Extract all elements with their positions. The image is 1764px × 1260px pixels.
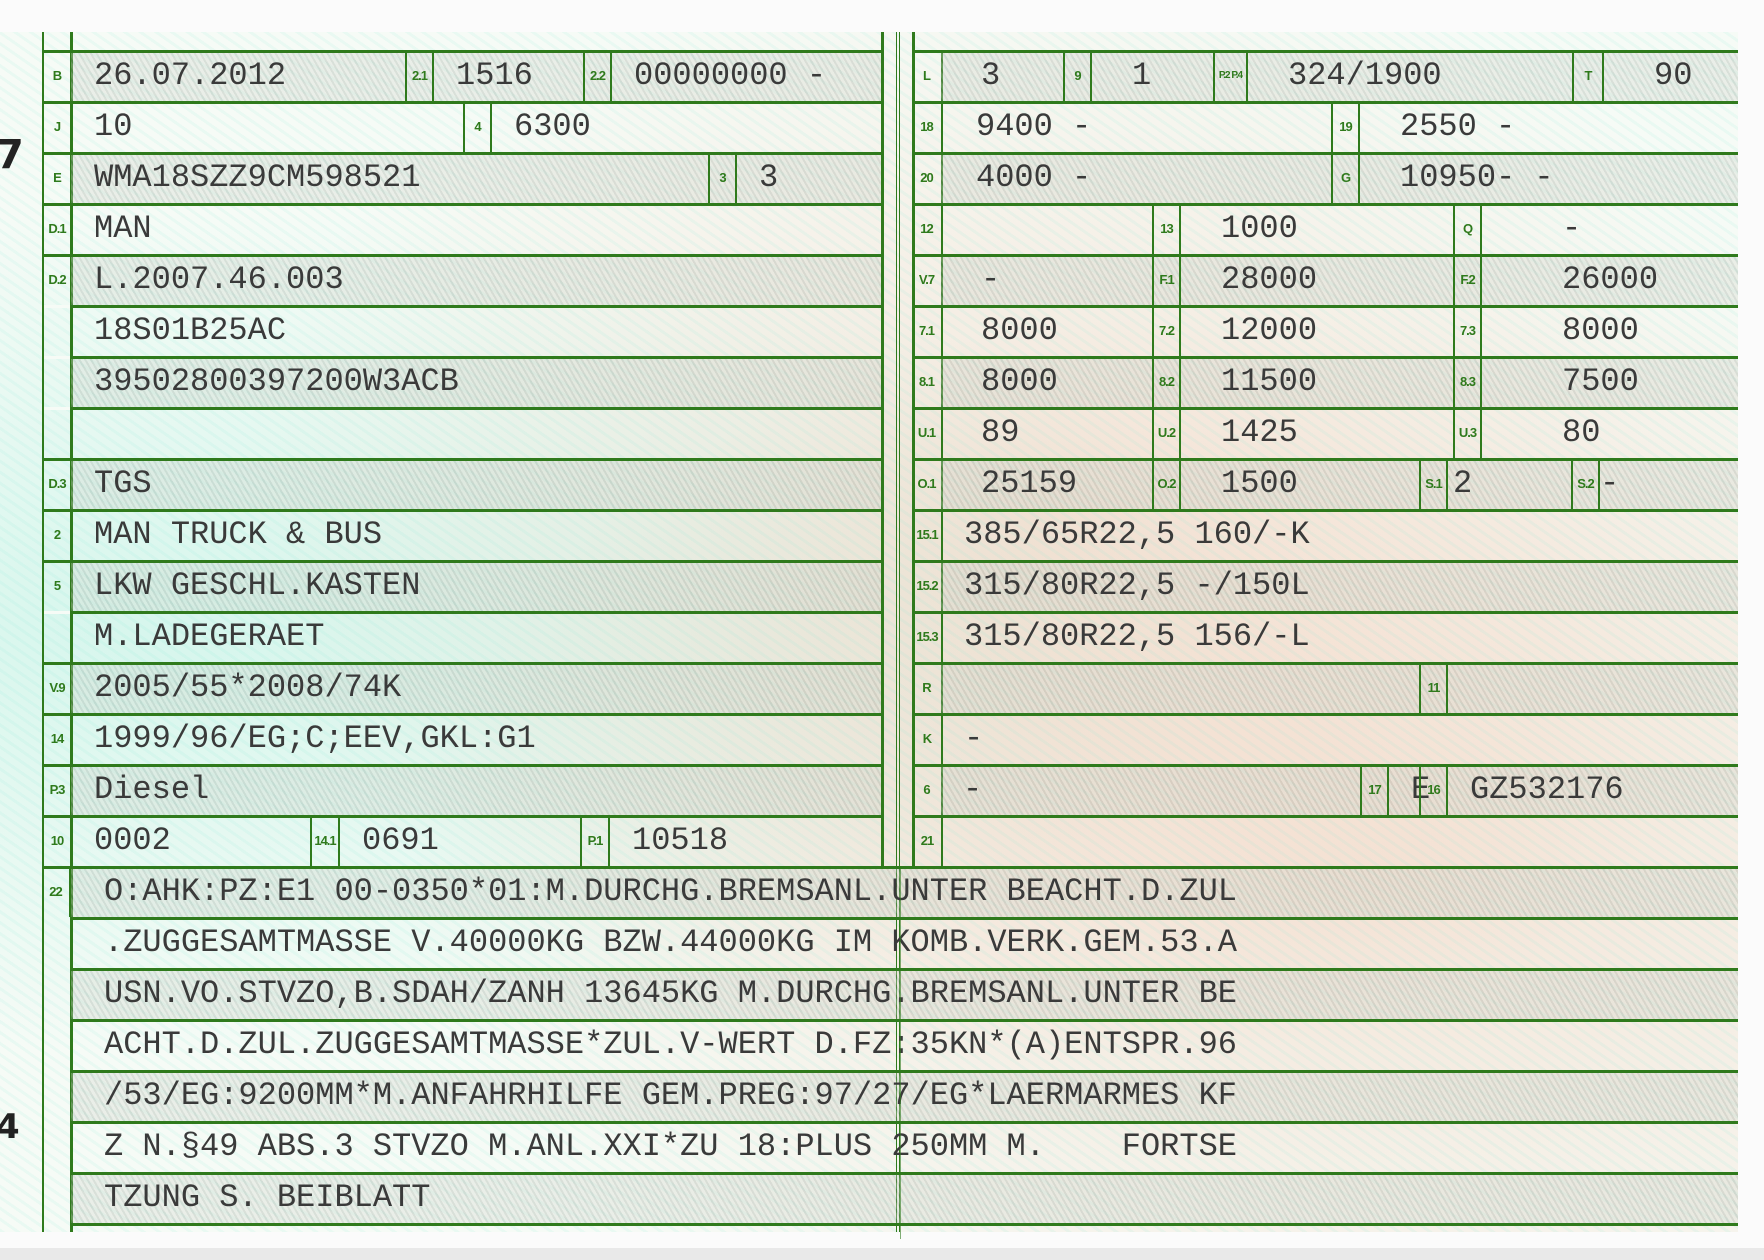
field-code-g: G <box>1331 152 1360 203</box>
field-code-p-2-p-4: P.2 P.4 <box>1213 50 1248 101</box>
field-value-15-3: 315/80R22,5 156/-L <box>964 611 1738 662</box>
field-value-cont: 39502800397200W3ACB <box>94 356 881 407</box>
field-code-f-2: F.2 <box>1453 254 1482 305</box>
field-code-5: 5 <box>42 560 72 611</box>
field-code-18: 18 <box>912 101 941 152</box>
field-code-d-2: D.2 <box>42 254 72 305</box>
field-code-u-2: U.2 <box>1152 407 1181 458</box>
field-code-7-2: 7.2 <box>1152 305 1181 356</box>
field-value-d-3: TGS <box>94 458 881 509</box>
field-value-8-2: 11500 <box>1221 356 1453 407</box>
field-code-p-3: P.3 <box>42 764 72 815</box>
field-value-12 <box>981 203 1152 254</box>
field-value-3: 3 <box>759 152 880 203</box>
field-code-12: 12 <box>912 203 941 254</box>
field-code-17: 17 <box>1360 764 1389 815</box>
remarks-line: USN.VO.STVZO,B.SDAH/ZANH 13645KG M.DURCH… <box>104 968 1237 1019</box>
field-value-f-1: 28000 <box>1221 254 1453 305</box>
row-line <box>70 1223 1738 1226</box>
field-value-q: - <box>1562 203 1738 254</box>
field-value-2: MAN TRUCK & BUS <box>94 509 881 560</box>
field-value-16: GZ532176 <box>1470 764 1738 815</box>
remarks-line: TZUNG S. BEIBLATT <box>104 1172 430 1223</box>
field-value-9: 1 <box>1132 50 1213 101</box>
field-value-o-1: 25159 <box>981 458 1152 509</box>
field-code-4: 4 <box>463 101 492 152</box>
field-code-j: J <box>42 101 72 152</box>
field-value-5: LKW GESCHL.KASTEN <box>94 560 881 611</box>
merge-mask <box>44 356 70 359</box>
field-value-s-1: 2 <box>1453 458 1571 509</box>
fold-line <box>900 866 901 1239</box>
field-value-p-3: Diesel <box>94 764 881 815</box>
field-code-3: 3 <box>708 152 737 203</box>
merge-mask <box>44 611 70 614</box>
field-value-7-2: 12000 <box>1221 305 1453 356</box>
field-code-8-3: 8.3 <box>1453 356 1482 407</box>
field-code-9: 9 <box>1063 50 1092 101</box>
field-value-10: 0002 <box>94 815 310 866</box>
field-value-b: 26.07.2012 <box>94 50 405 101</box>
field-code-21: 21 <box>912 815 942 866</box>
field-value-e: WMA18SZZ9CM598521 <box>94 152 708 203</box>
field-value-o-2: 1500 <box>1221 458 1419 509</box>
field-value-g: 10950- - <box>1400 152 1738 203</box>
field-value-2-1: 1516 <box>456 50 583 101</box>
field-value-d-2: L.2007.46.003 <box>94 254 881 305</box>
merge-mask <box>44 305 70 308</box>
field-code-d-1: D.1 <box>42 203 72 254</box>
edge-mark-top: 7 <box>0 132 24 178</box>
field-code-k: K <box>912 713 942 764</box>
field-value-8-3: 7500 <box>1562 356 1738 407</box>
field-code-v-9: V.9 <box>42 662 72 713</box>
remarks-line: /53/EG:9200MM*M.ANFAHRHILFE GEM.PREG:97/… <box>104 1070 1237 1121</box>
field-value-14-1: 0691 <box>362 815 580 866</box>
field-code-14: 14 <box>42 713 72 764</box>
field-value-13: 1000 <box>1221 203 1453 254</box>
field-code-2-1: 2.1 <box>405 50 434 101</box>
field-value-8-1: 8000 <box>981 356 1152 407</box>
field-value-4: 6300 <box>514 101 880 152</box>
field-code-7-3: 7.3 <box>1453 305 1482 356</box>
field-code-10: 10 <box>42 815 72 866</box>
field-value-6: - <box>963 764 1360 815</box>
field-code-blank <box>42 305 72 356</box>
field-code-q: Q <box>1453 203 1482 254</box>
remarks-line: Z N.§49 ABS.3 STVZO M.ANL.XXI*ZU 18:PLUS… <box>104 1121 1237 1172</box>
field-value-7-1: 8000 <box>981 305 1152 356</box>
field-code-8-1: 8.1 <box>912 356 941 407</box>
field-code-15-1: 15.1 <box>912 509 942 560</box>
field-code-s-1: S.1 <box>1419 458 1448 509</box>
field-code-p-1: P.1 <box>580 815 610 866</box>
remarks-line: ACHT.D.ZUL.ZUGGESAMTMASSE*ZUL.V-WERT D.F… <box>104 1019 1237 1070</box>
field-value-v-7: - <box>981 254 1152 305</box>
field-code-s-2: S.2 <box>1571 458 1600 509</box>
field-value-7-3: 8000 <box>1562 305 1738 356</box>
field-value-k: - <box>964 713 1738 764</box>
field-code-blank <box>42 407 72 458</box>
field-value-15-1: 385/65R22,5 160/-K <box>964 509 1738 560</box>
remarks-line: O:AHK:PZ:E1 00-0350*01:M.DURCHG.BREMSANL… <box>104 866 1237 917</box>
field-value-cont <box>94 407 881 458</box>
field-value-2-2: 00000000 - <box>634 50 880 101</box>
field-code-15-2: 15.2 <box>912 560 942 611</box>
field-code-d-3: D.3 <box>42 458 72 509</box>
field-value-r <box>963 662 1419 713</box>
field-value-u-1: 89 <box>981 407 1152 458</box>
field-code-20: 20 <box>912 152 941 203</box>
field-value-15-2: 315/80R22,5 -/150L <box>964 560 1738 611</box>
field-value-20: 4000 - <box>976 152 1331 203</box>
field-value-d-1: MAN <box>94 203 881 254</box>
field-code-7-1: 7.1 <box>912 305 941 356</box>
scan-page: 7 4 B26.07.20122.115162.200000000 -J1046… <box>0 0 1764 1248</box>
field-code-6: 6 <box>912 764 941 815</box>
field-code-2-2: 2.2 <box>583 50 612 101</box>
field-code-22: 22 <box>42 866 71 917</box>
field-code-2: 2 <box>42 509 72 560</box>
field-code-b: B <box>42 50 72 101</box>
field-code-v-7: V.7 <box>912 254 941 305</box>
field-value-19: 2550 - <box>1400 101 1738 152</box>
field-value-cont: M.LADEGERAET <box>94 611 881 662</box>
border-line <box>881 32 884 866</box>
remarks-line: .ZUGGESAMTMASSE V.40000KG BZW.44000KG IM… <box>104 917 1237 968</box>
field-code-f-1: F.1 <box>1152 254 1181 305</box>
merge-mask <box>44 407 70 410</box>
field-value-p-1: 10518 <box>632 815 880 866</box>
field-value-u-3: 80 <box>1562 407 1738 458</box>
field-code-16: 16 <box>1419 764 1448 815</box>
field-value-j: 10 <box>94 101 463 152</box>
field-code-14-1: 14.1 <box>310 815 340 866</box>
field-code-e: E <box>42 152 72 203</box>
field-code-t: T <box>1572 50 1604 101</box>
field-code-u-1: U.1 <box>912 407 941 458</box>
field-code-11: 11 <box>1419 662 1448 713</box>
field-code-blank <box>42 611 72 662</box>
field-value-l: 3 <box>981 50 1063 101</box>
field-value-21 <box>964 815 1738 866</box>
edge-mark-bottom: 4 <box>0 1107 20 1147</box>
field-value-14: 1999/96/EG;C;EEV,GKL:G1 <box>94 713 881 764</box>
registration-document: 7 4 B26.07.20122.115162.200000000 -J1046… <box>0 32 1738 1232</box>
field-code-8-2: 8.2 <box>1152 356 1181 407</box>
field-value-f-2: 26000 <box>1562 254 1738 305</box>
field-value-v-9: 2005/55*2008/74K <box>94 662 881 713</box>
field-value-18: 9400 - <box>976 101 1331 152</box>
field-code-13: 13 <box>1152 203 1181 254</box>
field-value-s-2: - <box>1600 458 1738 509</box>
field-value-u-2: 1425 <box>1221 407 1453 458</box>
field-code-o-1: O.1 <box>912 458 941 509</box>
field-value-cont: 18S01B25AC <box>94 305 881 356</box>
field-value-t: 90 <box>1654 50 1738 101</box>
field-code-19: 19 <box>1331 101 1360 152</box>
field-value-p-2-p-4: 324/1900 <box>1288 50 1572 101</box>
field-code-l: L <box>912 50 941 101</box>
field-code-o-2: O.2 <box>1152 458 1181 509</box>
field-code-blank <box>42 356 72 407</box>
field-code-r: R <box>912 662 941 713</box>
field-code-15-3: 15.3 <box>912 611 942 662</box>
field-value-11 <box>1470 662 1738 713</box>
field-code-u-3: U.3 <box>1453 407 1482 458</box>
field-value-17: E <box>1411 764 1419 815</box>
